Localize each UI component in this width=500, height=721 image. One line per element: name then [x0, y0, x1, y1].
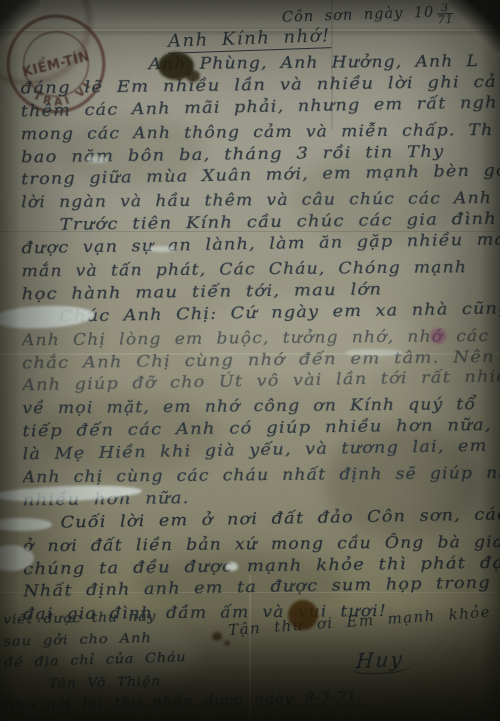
letter-photograph: KIỂM-TÍN TRẠI VI Côn sơn ngày 10371 Anh …: [0, 0, 500, 721]
dark-corner-top-left: [0, 0, 40, 46]
dark-corner-top-right: [448, 0, 500, 52]
film-grain-overlay: [0, 0, 500, 721]
